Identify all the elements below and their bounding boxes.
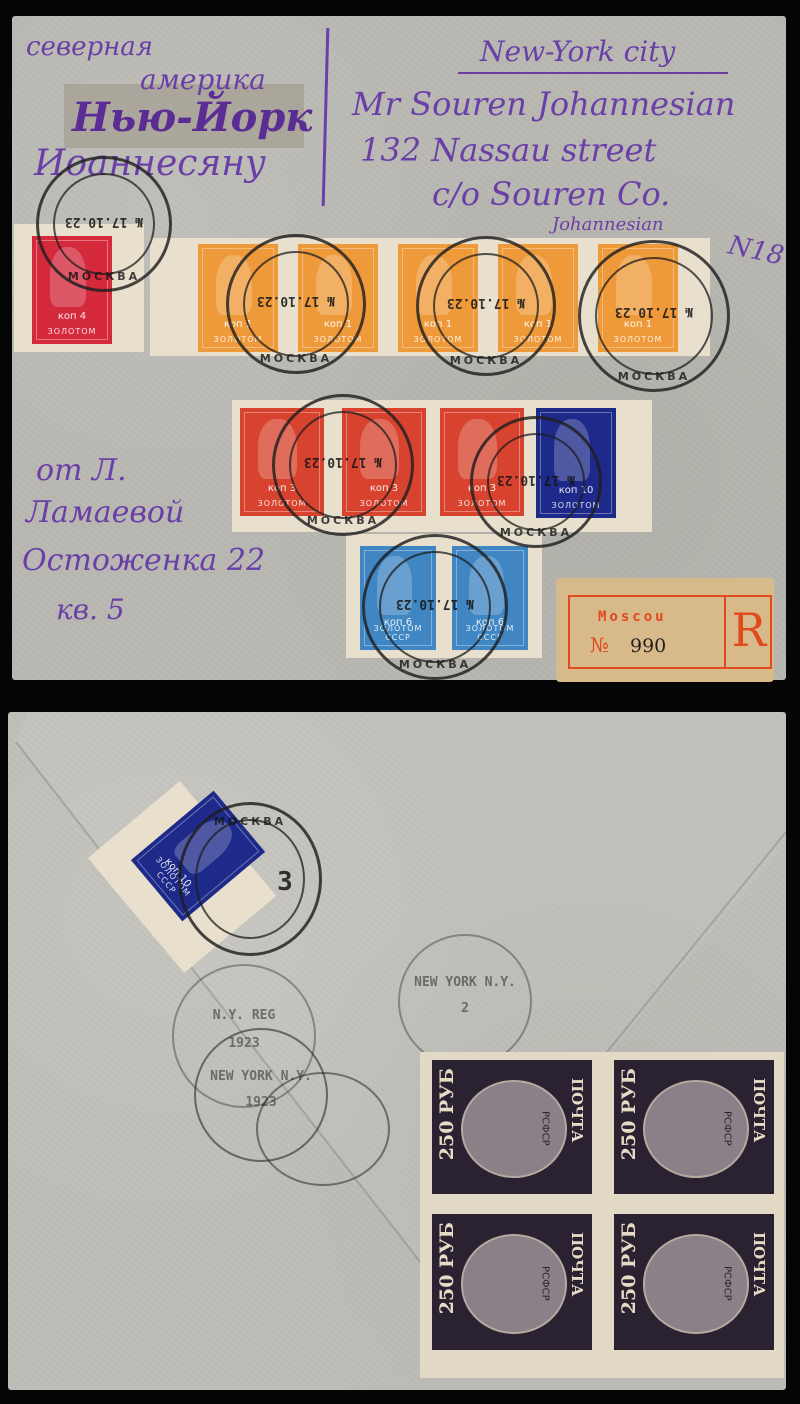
postmark-moscow: № 17.10.23МОСКВА <box>36 156 172 292</box>
handwriting-ru-line2: америка <box>140 66 266 94</box>
stamp-250-rub: РСФСР 250 РУБ ПОЧТА <box>432 1214 592 1350</box>
postmark-moscow: № 17.10.23МОСКВА <box>226 234 366 374</box>
envelope-back: коп 10 ЗОЛОТОМ СССР 3 МОСКВА NEW YORK N.… <box>8 712 786 1390</box>
stamp-250-rub: РСФСР 250 РУБ ПОЧТА <box>432 1060 592 1194</box>
divider-line <box>322 28 330 206</box>
address-street: 132 Nassau street <box>360 134 656 166</box>
stamp-250-rub: РСФСР 250 РУБ ПОЧТА <box>614 1214 774 1350</box>
handwriting-ru-line1: северная <box>26 34 153 60</box>
address-city: New-York city <box>480 38 675 66</box>
registration-number-sign: № <box>590 633 609 657</box>
registration-number: 990 <box>630 635 666 657</box>
address-company: c/o Souren Co. <box>432 178 670 210</box>
stamp-250-rub: РСФСР 250 РУБ ПОЧТА <box>614 1060 774 1194</box>
registration-city: Moscou <box>598 609 667 625</box>
sender-line1: от Л. <box>36 456 127 486</box>
postmark-moscow: № 17.10.23МОСКВА <box>470 416 602 548</box>
sender-line3: Остоженка 22 <box>22 546 265 576</box>
address-note: Johannesian <box>552 216 664 234</box>
city-underline <box>458 72 728 74</box>
registration-letter: R <box>728 603 770 657</box>
sender-line2: Ламаевой <box>26 498 184 528</box>
transit-postmark-new-york: NEW YORK N.Y. 2 <box>398 934 532 1068</box>
handwriting-ru-line3: Нью-Йорк <box>72 98 312 138</box>
transit-postmark-overlap <box>256 1072 390 1186</box>
registration-label: Moscou № 990 R <box>556 578 774 682</box>
postmark-moscow: № 17.10.23МОСКВА <box>578 240 730 392</box>
postmark-moscow: № 17.10.23МОСКВА <box>362 534 508 680</box>
postmark-moscow: № 17.10.23МОСКВА <box>416 236 556 376</box>
sender-line4: кв. 5 <box>56 596 125 624</box>
address-number: N18 <box>726 232 786 269</box>
postmark-moscow-back: 3 МОСКВА <box>178 802 322 956</box>
envelope-front: северная америка Нью-Йорк Иоаннесяну New… <box>12 16 786 680</box>
address-name: Mr Souren Johannesian <box>352 88 735 120</box>
postmark-moscow: № 17.10.23МОСКВА <box>272 394 414 536</box>
